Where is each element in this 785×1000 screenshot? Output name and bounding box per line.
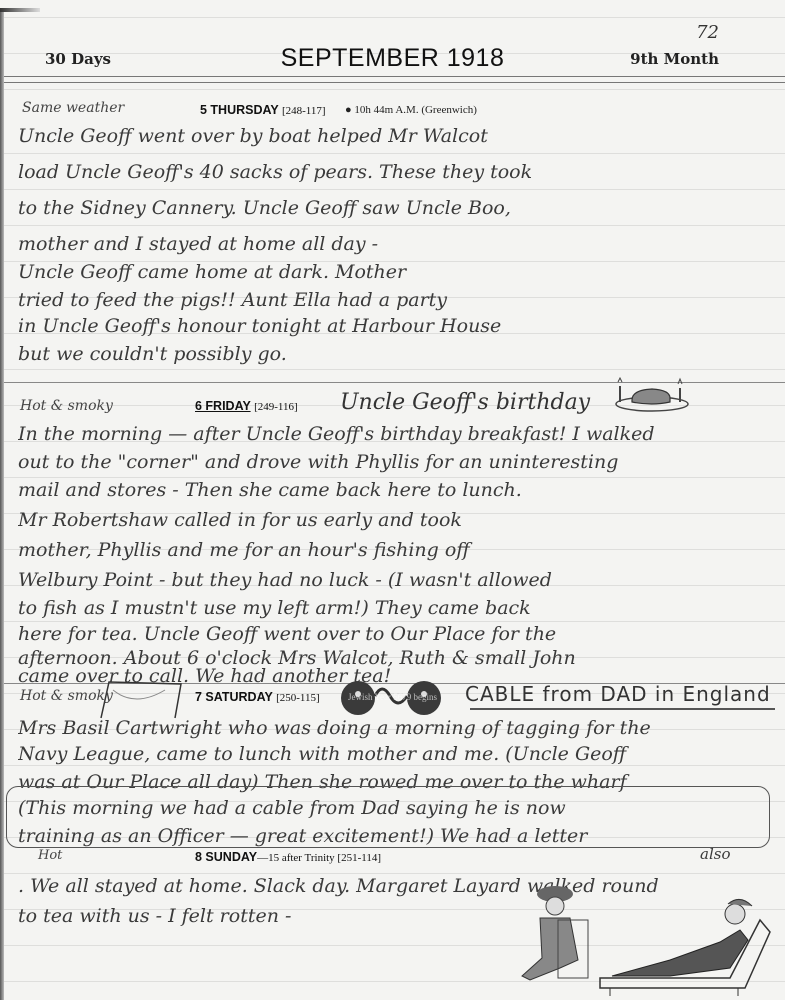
month-ordinal: 9th Month	[630, 50, 719, 68]
day-name: 5 THURSDAY	[200, 103, 279, 117]
moon-phase-note: ● 10h 44m A.M. (Greenwich)	[345, 104, 477, 116]
header-divider	[4, 76, 785, 83]
birthday-heading: Uncle Geoff's birthday	[340, 390, 590, 415]
entry-line: but we couldn't possibly go.	[18, 336, 773, 372]
day-of-year: —15 after Trinity [251-114]	[257, 852, 381, 864]
day-header: Hot 8 SUNDAY—15 after Trinity [251-114]	[0, 846, 785, 870]
jewish-new-year-note: Jewish Year 5679 begins	[348, 692, 437, 702]
day-label: 6 FRIDAY [249-116]	[195, 399, 298, 413]
entry-line: Uncle Geoff went over by boat helped Mr …	[18, 118, 773, 154]
two-women-resting-sketch-icon	[500, 880, 780, 998]
day-label: 5 THURSDAY [248-117]	[200, 103, 326, 117]
entry-line: to the Sidney Cannery. Uncle Geoff saw U…	[18, 190, 773, 226]
day-name: 8 SUNDAY	[195, 850, 257, 864]
cable-heading: CABLE from DAD in England	[465, 682, 771, 706]
day-name: 6 FRIDAY	[195, 399, 251, 413]
diary-page: 72 30 Days SEPTEMBER 1918 9th Month Same…	[0, 0, 785, 1000]
birthday-cake-icon	[610, 376, 690, 416]
day-of-year: [250-115]	[276, 692, 320, 704]
day-label: 7 SATURDAY [250-115]	[195, 690, 320, 704]
weather-note: Hot	[38, 848, 62, 863]
day-of-year: [248-117]	[282, 105, 326, 117]
weather-note: Same weather	[22, 100, 124, 116]
day-label: 8 SUNDAY—15 after Trinity [251-114]	[195, 850, 381, 864]
page-number: 72	[696, 22, 719, 43]
weather-note: Hot & smoky	[20, 688, 113, 704]
day-name: 7 SATURDAY	[195, 690, 273, 704]
weather-note: Hot & smoky	[20, 398, 113, 414]
page-header: 72 30 Days SEPTEMBER 1918 9th Month	[0, 0, 785, 80]
day-of-year: [249-116]	[254, 401, 298, 413]
entry-line: load Uncle Geoff's 40 sacks of pears. Th…	[18, 154, 773, 190]
